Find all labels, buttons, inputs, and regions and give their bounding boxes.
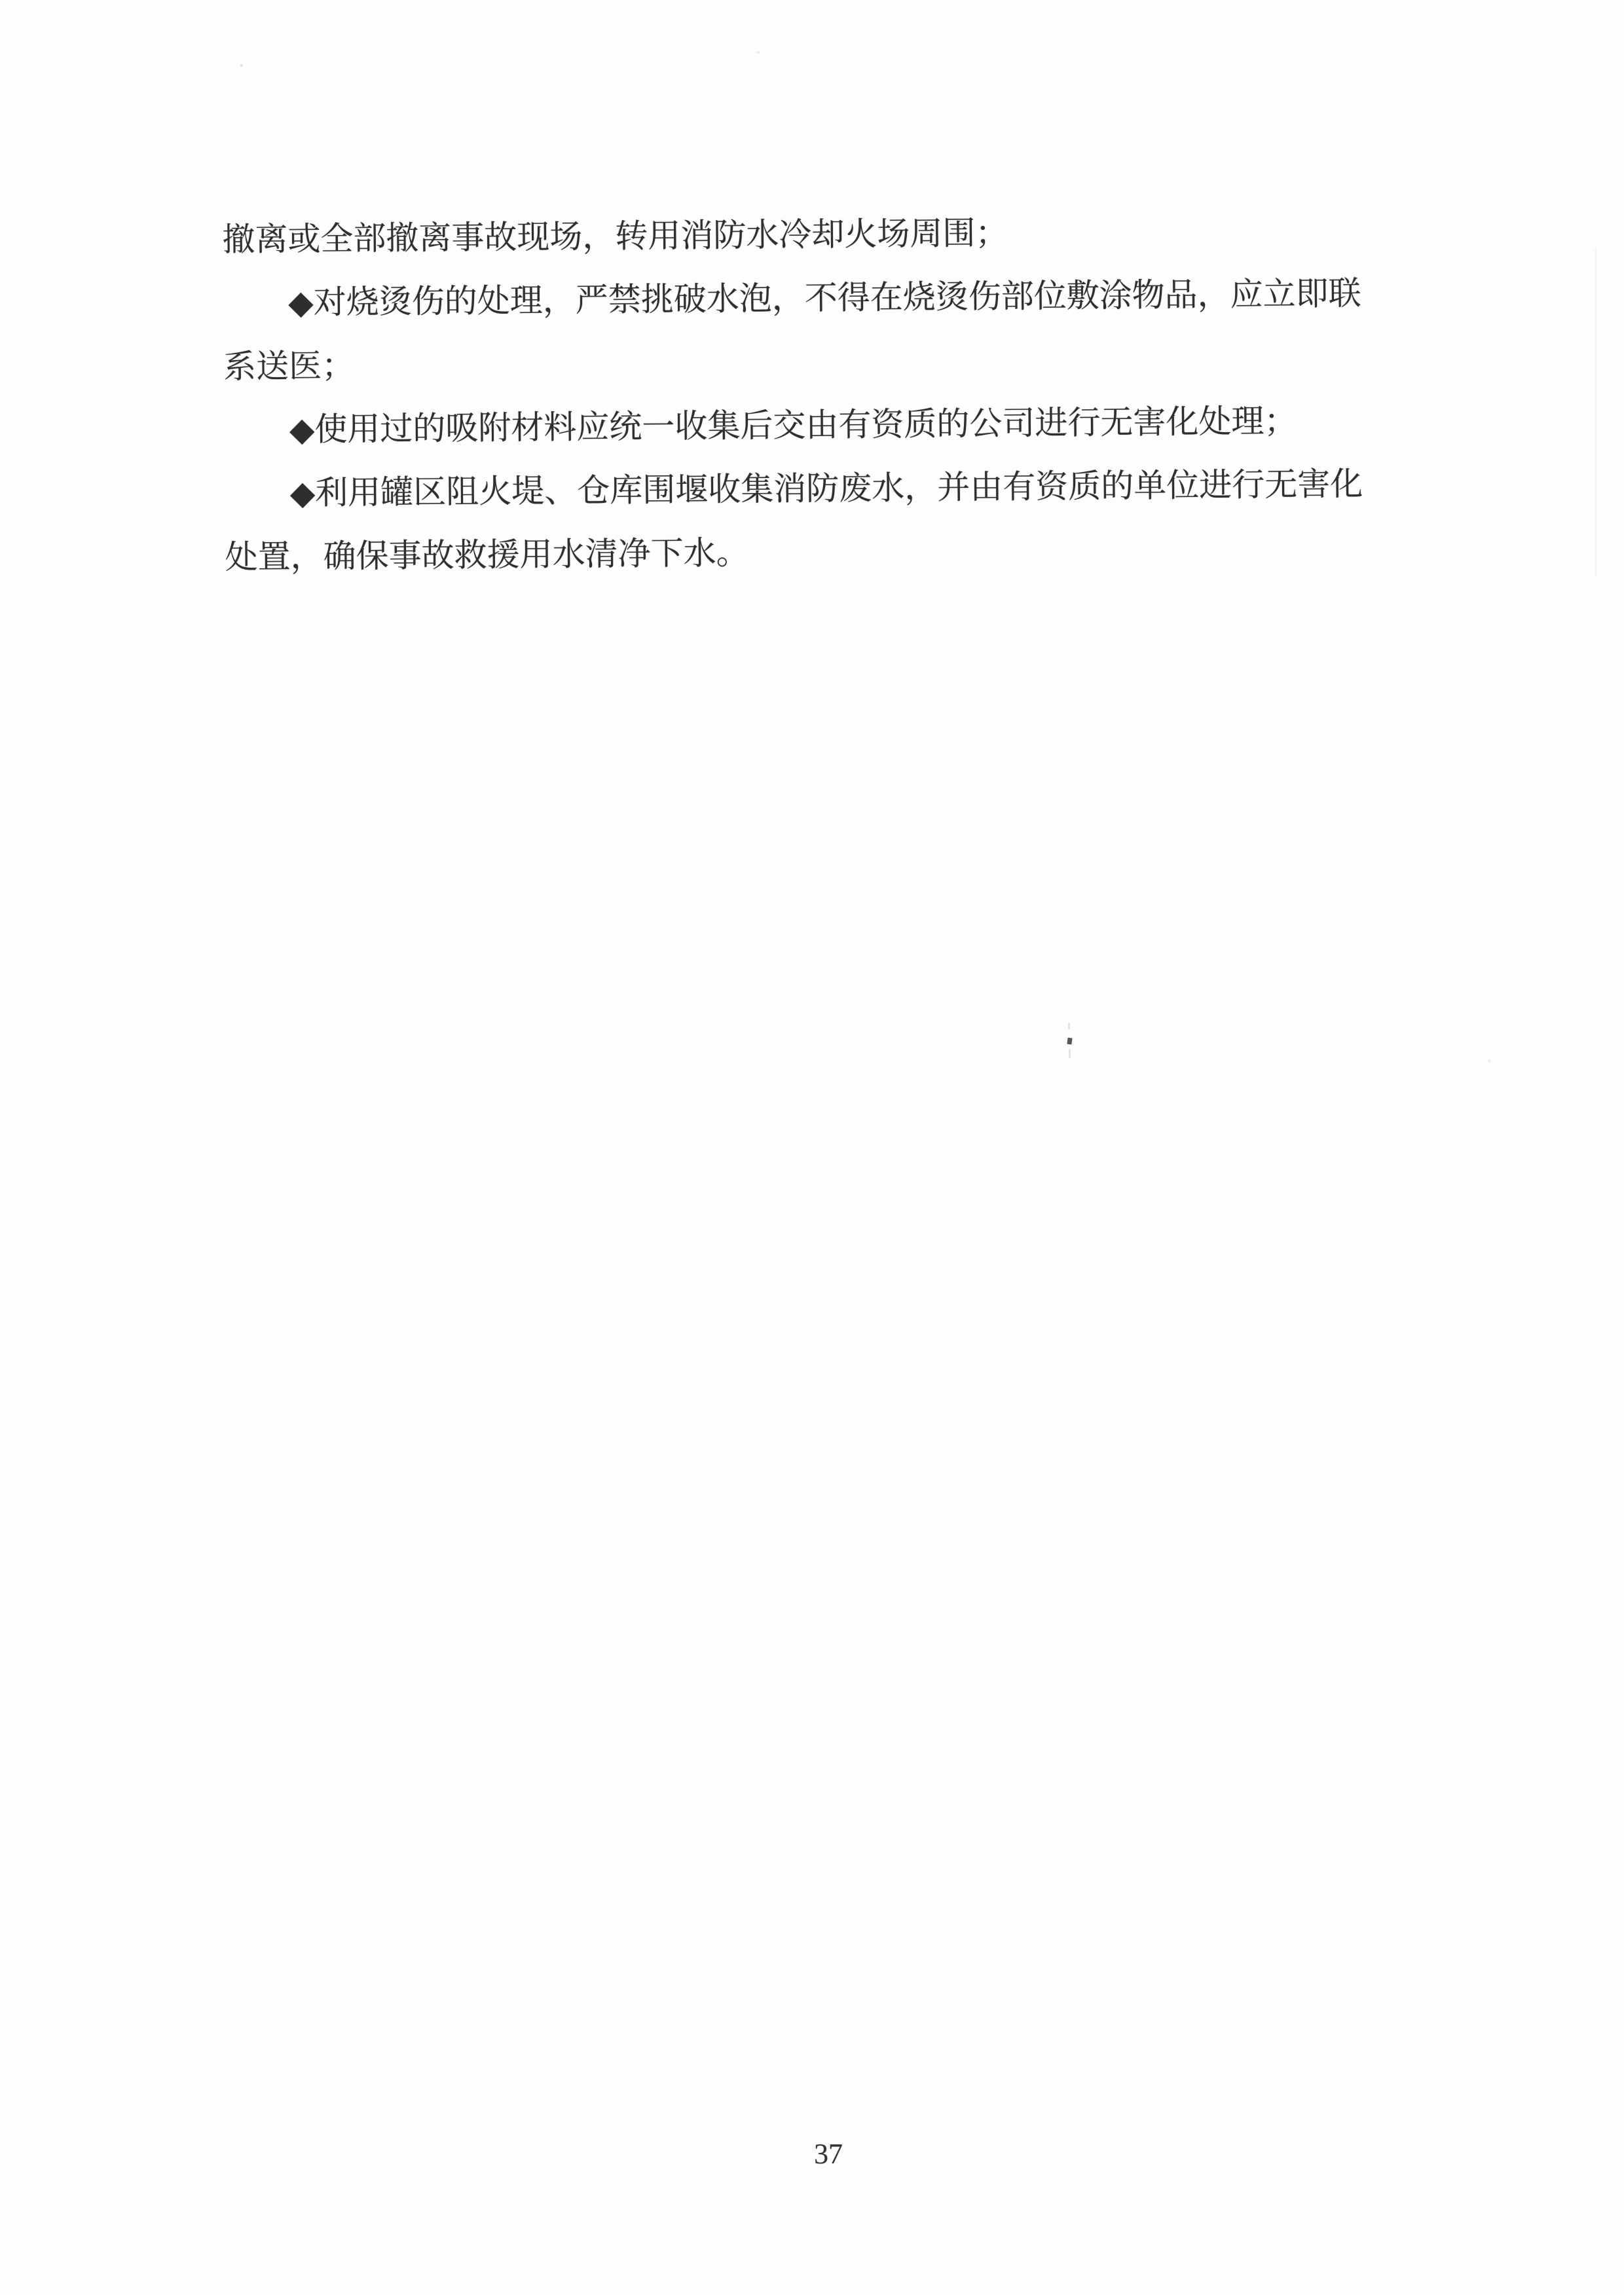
bullet-paragraph-burn-treatment: ◆对烧烫伤的处理，严禁挑破水泡，不得在烧烫伤部位敷涂物品，应立即联系送医； — [223, 262, 1380, 399]
scan-speck — [1488, 1059, 1491, 1063]
bullet-paragraph-firewater-collection: ◆利用罐区阻火堤、仓库围堰收集消防废水，并由有资质的单位进行无害化处置，确保事故… — [224, 452, 1382, 589]
scan-streak-artifact — [1595, 249, 1596, 576]
paragraph-continued: 撤离或全部撤离事故现场，转用消防水冷却火场周围； — [222, 198, 1379, 272]
scan-speck — [1067, 1038, 1072, 1045]
document-page: 撤离或全部撤离事故现场，转用消防水冷却火场周围； ◆对烧烫伤的处理，严禁挑破水泡… — [0, 0, 1624, 2295]
scan-speck — [757, 51, 760, 54]
bullet-paragraph-absorbent-disposal: ◆使用过的吸附材料应统一收集后交由有资质的公司进行无害化处理； — [224, 389, 1381, 462]
body-text: 撤离或全部撤离事故现场，转用消防水冷却火场周围； ◆对烧烫伤的处理，严禁挑破水泡… — [222, 198, 1382, 589]
page-number: 37 — [814, 2137, 843, 2171]
scan-speck — [240, 64, 243, 67]
scan-speck — [1068, 1023, 1070, 1029]
scan-speck — [1069, 1049, 1071, 1058]
